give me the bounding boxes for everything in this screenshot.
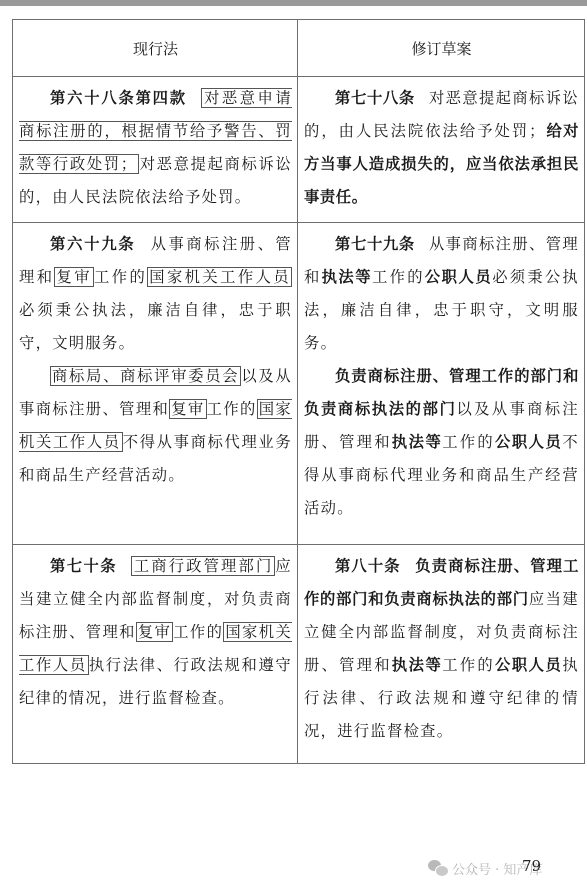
draft-cell: 第八十条负责商标注册、管理工作的部门和负责商标执法的部门应当建立健全内部监督制度…	[298, 545, 585, 764]
draft-cell: 第七十九条从事商标注册、管理和执法等工作的公职人员必须秉公执法，廉洁自律，忠于职…	[298, 223, 585, 545]
added-text: 公职人员	[495, 433, 562, 451]
deleted-text-box: 复审	[136, 622, 173, 642]
column-header-current-law: 现行法	[13, 20, 298, 77]
body-text: 工作的	[442, 656, 495, 674]
table-row: 第六十八条第四款对恶意申请商标注册的，根据情节给予警告、罚款等行政处罚；对恶意提…	[13, 77, 585, 223]
article-number: 第六十八条第四款	[50, 89, 187, 107]
article-number: 第八十条	[335, 557, 401, 575]
deleted-text-box: 复审	[169, 399, 206, 419]
article-number: 第七十条	[50, 557, 117, 575]
draft-cell: 第七十八条对恶意提起商标诉讼的，由人民法院依法给予处罚；给对方当事人造成损失的，…	[298, 77, 585, 223]
table-header-row: 现行法 修订草案	[13, 20, 585, 77]
deleted-text-box: 国家机关工作人员	[147, 267, 292, 287]
added-text: 公职人员	[495, 656, 562, 674]
article-number: 第六十九条	[50, 235, 136, 253]
body-text: 工作的	[207, 400, 257, 418]
body-text: 工作的	[173, 623, 223, 641]
current-law-cell: 第六十九条从事商标注册、管理和复审工作的国家机关工作人员必须秉公执法，廉洁自律，…	[13, 223, 298, 545]
table-row: 第七十条工商行政管理部门应当建立健全内部监督制度，对负责商标注册、管理和复审工作…	[13, 545, 585, 764]
deleted-text-box: 复审	[54, 267, 93, 287]
article-number: 第七十八条	[335, 89, 415, 107]
deleted-text-box: 工商行政管理部门	[131, 556, 275, 576]
comparison-table: 现行法 修订草案 第六十八条第四款对恶意申请商标注册的，根据情节给予警告、罚款等…	[12, 19, 585, 764]
added-text: 执法等	[392, 656, 443, 674]
current-law-cell: 第七十条工商行政管理部门应当建立健全内部监督制度，对负责商标注册、管理和复审工作…	[13, 545, 298, 764]
column-header-draft-revision: 修订草案	[298, 20, 585, 77]
body-text: 工作的	[372, 268, 425, 286]
added-text: 公职人员	[425, 268, 492, 286]
current-law-cell: 第六十八条第四款对恶意申请商标注册的，根据情节给予警告、罚款等行政处罚；对恶意提…	[13, 77, 298, 223]
top-bar	[0, 0, 587, 6]
body-text: 必须秉公执法，廉洁自律，忠于职守，文明服务。	[19, 301, 292, 352]
article-number: 第七十九条	[335, 235, 415, 253]
page-number: 79	[522, 857, 541, 875]
wechat-icon	[428, 860, 448, 876]
deleted-text-box: 商标局、商标评审委员会	[50, 366, 241, 386]
added-text: 执法等	[392, 433, 443, 451]
added-text: 执法等	[322, 268, 373, 286]
table-row: 第六十九条从事商标注册、管理和复审工作的国家机关工作人员必须秉公执法，廉洁自律，…	[13, 223, 585, 545]
body-text: 工作的	[442, 433, 495, 451]
body-text: 工作的	[94, 268, 147, 286]
